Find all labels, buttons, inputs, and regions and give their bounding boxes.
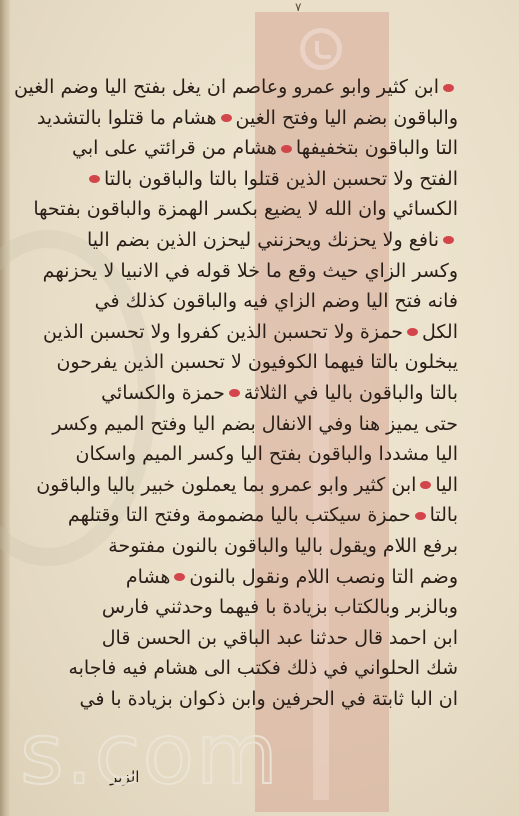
rubric-dot-icon — [229, 389, 240, 397]
rubric-dot-icon — [415, 512, 426, 520]
text-segment: الكسائي وان الله لا يضيع بكسر الهمزة وال… — [33, 198, 458, 220]
text-line: برفع اللام ويقول باليا والباقون بالنون م… — [38, 531, 458, 562]
text-line: يبخلون بالتا فيهما الكوفيون لا تحسبن الذ… — [38, 347, 458, 378]
text-line: الكلحمزة ولا تحسبن الذين كفروا ولا تحسبن… — [38, 317, 458, 348]
text-segment: وضم التا ونصب اللام ونقول بالنون — [189, 566, 458, 588]
text-line: حتى يميز هنا وفي الانفال بضم اليا وفتح ا… — [38, 409, 458, 440]
text-line: بالتاحمزة سيكتب باليا مضمومة وفتح التا و… — [38, 500, 458, 531]
rubric-dot-icon — [443, 84, 454, 92]
text-segment: وبالزبر وبالكتاب بزيادة با فيهما وحدثني … — [102, 596, 458, 618]
text-line: ابن كثير وابو عمرو وعاصم ان يغل بفتح الي… — [38, 72, 458, 103]
rubric-dot-icon — [174, 573, 185, 581]
text-segment: حمزة والكسائي — [101, 382, 225, 404]
watermark-text: s.com — [20, 712, 280, 796]
text-segment: اليا — [435, 474, 458, 496]
text-segment: وكسر الزاي حيث وقع ما خلا قوله في الانبي… — [43, 260, 458, 282]
text-segment: بالتا والباقون باليا في الثلاثة — [244, 382, 458, 404]
text-segment: فانه فتح اليا وضم الزاي فيه والباقون كذل… — [95, 290, 458, 312]
rubric-dot-icon — [443, 236, 454, 244]
text-segment: اليا مشددا والباقون بفتح اليا وكسر الميم… — [75, 443, 458, 465]
watermark-logo-icon — [300, 28, 342, 70]
text-segment: يبخلون بالتا فيهما الكوفيون لا تحسبن الذ… — [56, 351, 458, 373]
text-line: وضم التا ونصب اللام ونقول بالنونهشام — [38, 562, 458, 593]
manuscript-page: ٧ ابن كثير وابو عمرو وعاصم ان يغل بفتح ا… — [0, 0, 519, 816]
top-mark: ٧ — [295, 0, 335, 14]
text-line: التا والباقون بتخفيفهاهشام من قرائتي على… — [38, 133, 458, 164]
text-segment: التا والباقون بتخفيفها — [296, 137, 458, 159]
text-segment: برفع اللام ويقول باليا والباقون بالنون م… — [108, 535, 458, 557]
text-line: اليا مشددا والباقون بفتح اليا وكسر الميم… — [38, 439, 458, 470]
text-line: ابن احمد قال حدثنا عبد الباقي بن الحسن ق… — [38, 623, 458, 654]
rubric-dot-icon — [221, 114, 232, 122]
text-segment: والباقون بضم اليا وفتح الغين — [236, 107, 458, 129]
text-segment: هشام من قرائتي على ابي — [72, 137, 277, 159]
text-line: الفتح ولا تحسبن الذين قتلوا بالتا والباق… — [38, 164, 458, 195]
rubric-dot-icon — [420, 481, 431, 489]
text-segment: حمزة ولا تحسبن الذين كفروا ولا تحسبن الذ… — [43, 321, 403, 343]
text-segment: حتى يميز هنا وفي الانفال بضم اليا وفتح ا… — [52, 413, 458, 435]
text-line: وكسر الزاي حيث وقع ما خلا قوله في الانبي… — [38, 256, 458, 287]
text-line: نافع ولا يحزنك ويحزنني ليحزن الذين بضم ا… — [38, 225, 458, 256]
rubric-dot-icon — [407, 328, 418, 336]
rubric-dot-icon — [89, 175, 100, 183]
text-line: والباقون بضم اليا وفتح الغينهشام ما قتلو… — [38, 103, 458, 134]
text-segment: الكل — [422, 321, 458, 343]
text-line: بالتا والباقون باليا في الثلاثةحمزة والك… — [38, 378, 458, 409]
text-segment: ابن كثير وابو عمرو بما يعملون خبير باليا… — [36, 474, 416, 496]
text-segment: هشام — [126, 566, 171, 588]
text-line: شك الحلواني في ذلك فكتب الى هشام فيه فاج… — [38, 653, 458, 684]
text-segment: نافع ولا يحزنك ويحزنني ليحزن الذين بضم ا… — [87, 229, 439, 251]
text-segment: بالتا — [430, 504, 458, 526]
text-segment: حمزة سيكتب باليا مضمومة وفتح التا وقتلهم — [68, 504, 411, 526]
rubric-dot-icon — [281, 145, 292, 153]
text-segment: ابن كثير وابو عمرو وعاصم ان يغل بفتح الي… — [14, 76, 439, 98]
text-line: الكسائي وان الله لا يضيع بكسر الهمزة وال… — [38, 194, 458, 225]
text-segment: الفتح ولا تحسبن الذين قتلوا بالتا والباق… — [104, 168, 458, 190]
text-line: فانه فتح اليا وضم الزاي فيه والباقون كذل… — [38, 286, 458, 317]
text-line: الياابن كثير وابو عمرو بما يعملون خبير ب… — [38, 470, 458, 501]
text-line: وبالزبر وبالكتاب بزيادة با فيهما وحدثني … — [38, 592, 458, 623]
text-segment: هشام ما قتلوا بالتشديد — [37, 107, 217, 129]
text-segment: ابن احمد قال حدثنا عبد الباقي بن الحسن ق… — [102, 627, 458, 649]
manuscript-text: ابن كثير وابو عمرو وعاصم ان يغل بفتح الي… — [38, 72, 458, 714]
text-segment: شك الحلواني في ذلك فكتب الى هشام فيه فاج… — [68, 657, 458, 679]
